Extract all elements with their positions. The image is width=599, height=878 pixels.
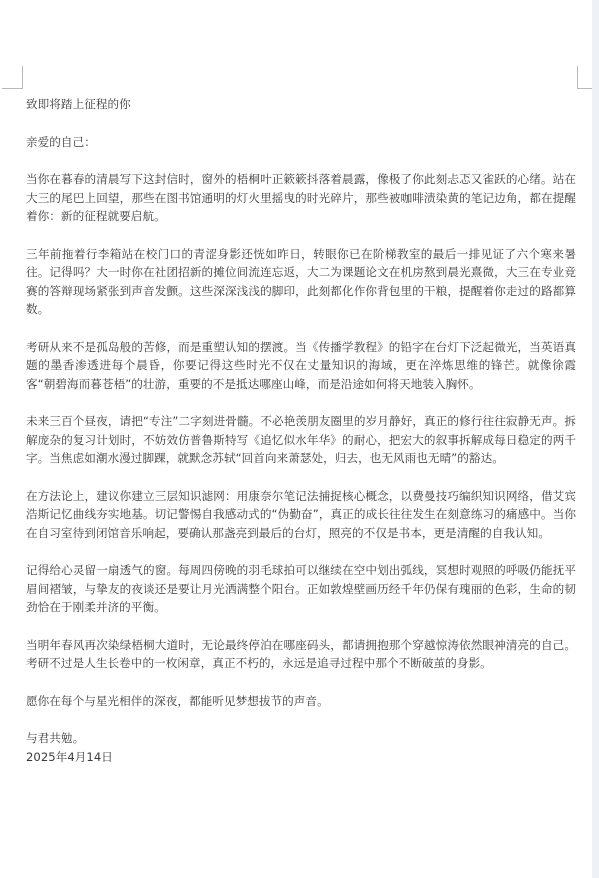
letter-body[interactable]: 致即将踏上征程的你 亲爱的自己： 当你在暮春的清晨写下这封信时，窗外的梧桐叶正簌… (26, 95, 576, 766)
paragraph-8: 愿你在每个与星光相伴的深夜，都能听见梦想拔节的声音。 (26, 692, 576, 711)
paragraph-4: 未来三百个昼夜，请把“专注”二字刻进骨髓。不必艳羡朋友圈里的岁月静好，真正的修行… (26, 412, 576, 468)
letter-title: 致即将踏上征程的你 (26, 95, 576, 114)
letter-closing: 与君共勉。 (26, 729, 576, 748)
paragraph-6: 记得给心灵留一扇透气的窗。每周四傍晚的羽毛球拍可以继续在空中划出弧线，冥想时观照… (26, 561, 576, 617)
document-page: 致即将踏上征程的你 亲爱的自己： 当你在暮春的清晨写下这封信时，窗外的梧桐叶正簌… (0, 0, 592, 878)
paragraph-1: 当你在暮春的清晨写下这封信时，窗外的梧桐叶正簌簌抖落着晨露，像极了你此刻忐忑又雀… (26, 170, 576, 226)
paragraph-3: 考研从来不是孤岛般的苦修，而是重塑认知的摆渡。当《传播学教程》的铅字在台灯下泛起… (26, 338, 576, 394)
paragraph-5: 在方法论上，建议你建立三层知识滤网：用康奈尔笔记法捕捉核心概念，以费曼技巧编织知… (26, 487, 576, 543)
paragraph-2: 三年前拖着行李箱站在校门口的青涩身影还恍如昨日，转眼你已在阶梯教室的最后一排见证… (26, 245, 576, 319)
letter-date: 2025年4月14日 (26, 748, 576, 767)
page-edge-shadow (592, 0, 599, 878)
margin-corner-mark-top-left (2, 66, 23, 89)
letter-salutation: 亲爱的自己： (26, 133, 576, 152)
paragraph-7: 当明年春风再次染绿梧桐大道时，无论最终停泊在哪座码头，都请拥抱那个穿越惊涛依然眼… (26, 636, 576, 673)
